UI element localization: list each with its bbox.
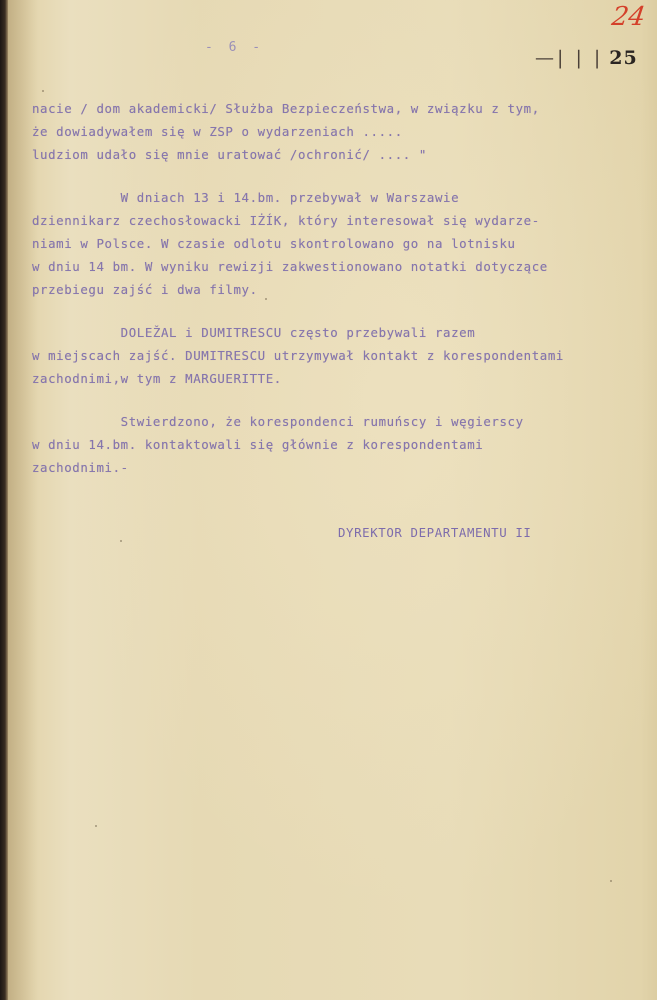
- typed-page-number: - 6 -: [205, 40, 264, 55]
- paper-speck: [42, 90, 44, 92]
- text-line: niami w Polsce. W czasie odlotu skontrol…: [32, 236, 516, 251]
- text-line: Stwierdzono, że korespondenci rumuńscy i…: [32, 414, 524, 429]
- text-line: zachodnimi,w tym z MARGUERITTE.: [32, 371, 282, 386]
- folio-stamp-number: 25: [609, 47, 637, 69]
- paper-speck: [610, 880, 612, 882]
- text-line: przebiegu zajść i dwa filmy.: [32, 282, 258, 297]
- text-line: że dowiadywałem się w ZSP o wydarzeniach…: [32, 124, 403, 139]
- paper-speck: [120, 540, 122, 542]
- text-line: dziennikarz czechosłowacki IŻÍK, który i…: [32, 213, 540, 228]
- text-line: w miejscach zajść. DUMITRESCU utrzymywał…: [32, 348, 564, 363]
- folio-stamp: —| | |25: [535, 47, 638, 69]
- text-line: w dniu 14 bm. W wyniku rewizji zakwestio…: [32, 259, 548, 274]
- text-line: zachodnimi.-: [32, 460, 129, 475]
- paper-speck: [95, 825, 97, 827]
- signature-line: DYREKTOR DEPARTAMENTU II: [338, 525, 531, 540]
- document-page: 24 - 6 - —| | |25 nacie / dom akademicki…: [0, 0, 657, 1000]
- binding-edge: [0, 0, 8, 1000]
- text-line: nacie / dom akademicki/ Służba Bezpiecze…: [32, 101, 540, 116]
- text-line: w dniu 14.bm. kontaktowali się głównie z…: [32, 437, 483, 452]
- text-line: ludziom udało się mnie uratować /ochroni…: [32, 147, 427, 162]
- text-line: DOLEŽAL i DUMITRESCU często przebywali r…: [32, 325, 475, 340]
- handwritten-folio-number: 24: [610, 2, 647, 32]
- folio-stamp-ticks: —| | |: [535, 47, 603, 69]
- paper-speck: [265, 298, 267, 300]
- text-line: W dniach 13 i 14.bm. przebywał w Warszaw…: [32, 190, 459, 205]
